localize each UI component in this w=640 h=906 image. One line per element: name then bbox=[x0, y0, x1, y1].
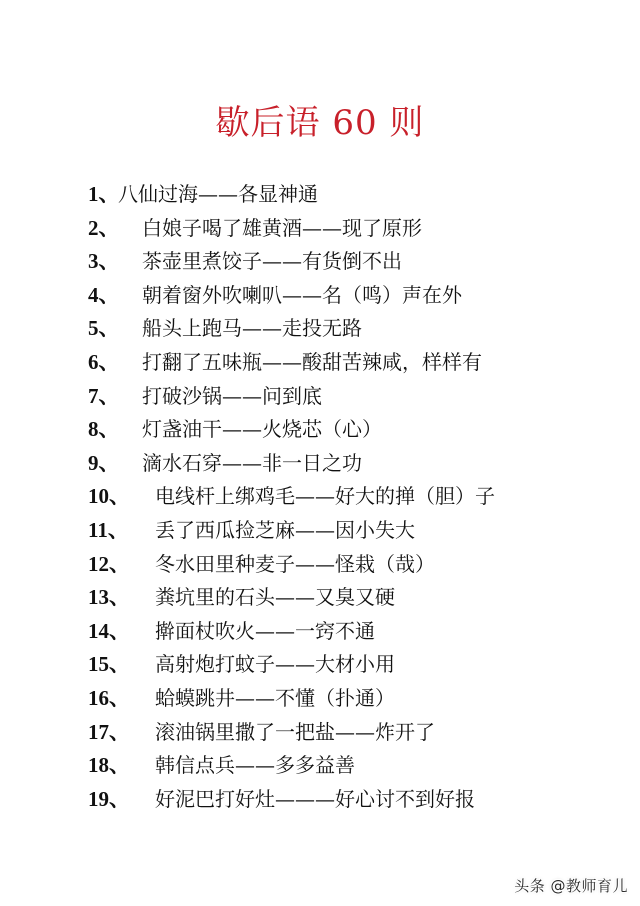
page-title: 歇后语 60 则 bbox=[0, 101, 640, 145]
xiehouyu-list: 1、 八仙过海——各显神通 2、 白娘子喝了雄黄酒——现了原形 3、 茶壶里煮饺… bbox=[0, 178, 640, 816]
item-text: 韩信点兵——多多益善 bbox=[155, 749, 355, 783]
item-text: 朝着窗外吹喇叭——名（鸣）声在外 bbox=[142, 279, 462, 313]
item-number: 15、 bbox=[88, 648, 130, 682]
item-number: 10、 bbox=[88, 480, 130, 514]
list-item: 9、 滴水石穿——非一日之功 bbox=[0, 447, 640, 481]
item-text: 灯盏油干——火烧芯（心） bbox=[142, 413, 382, 447]
item-text: 八仙过海——各显神通 bbox=[118, 178, 318, 212]
item-number: 16、 bbox=[88, 682, 130, 716]
item-number: 1、 bbox=[88, 178, 120, 212]
item-number: 7、 bbox=[88, 380, 120, 414]
item-text: 白娘子喝了雄黄酒——现了原形 bbox=[142, 212, 422, 246]
list-item: 12、 冬水田里种麦子——怪栽（哉） bbox=[0, 548, 640, 582]
item-text: 打翻了五味瓶——酸甜苦辣咸，样样有 bbox=[142, 346, 482, 380]
item-number: 8、 bbox=[88, 413, 120, 447]
item-number: 2、 bbox=[88, 212, 120, 246]
item-number: 11、 bbox=[88, 514, 129, 548]
item-text: 蛤蟆跳井——不懂（扑通） bbox=[155, 682, 395, 716]
item-number: 18、 bbox=[88, 749, 130, 783]
list-item: 5、 船头上跑马——走投无路 bbox=[0, 312, 640, 346]
list-item: 15、 高射炮打蚊子——大材小用 bbox=[0, 648, 640, 682]
item-text: 船头上跑马——走投无路 bbox=[142, 312, 362, 346]
list-item: 4、 朝着窗外吹喇叭——名（鸣）声在外 bbox=[0, 279, 640, 313]
list-item: 1、 八仙过海——各显神通 bbox=[0, 178, 640, 212]
item-number: 5、 bbox=[88, 312, 120, 346]
item-number: 19、 bbox=[88, 783, 130, 817]
item-number: 3、 bbox=[88, 245, 120, 279]
item-number: 6、 bbox=[88, 346, 120, 380]
item-text: 丢了西瓜捡芝麻——因小失大 bbox=[155, 514, 415, 548]
list-item: 17、 滚油锅里撒了一把盐——炸开了 bbox=[0, 716, 640, 750]
item-number: 13、 bbox=[88, 581, 130, 615]
item-text: 打破沙锅——问到底 bbox=[142, 380, 322, 414]
item-number: 4、 bbox=[88, 279, 120, 313]
list-item: 14、 擀面杖吹火——一窍不通 bbox=[0, 615, 640, 649]
item-text: 电线杆上绑鸡毛——好大的掸（胆）子 bbox=[155, 480, 495, 514]
list-item: 3、 茶壶里煮饺子——有货倒不出 bbox=[0, 245, 640, 279]
list-item: 13、 粪坑里的石头——又臭又硬 bbox=[0, 581, 640, 615]
item-number: 9、 bbox=[88, 447, 120, 481]
item-text: 茶壶里煮饺子——有货倒不出 bbox=[142, 245, 402, 279]
item-text: 冬水田里种麦子——怪栽（哉） bbox=[155, 548, 435, 582]
item-text: 好泥巴打好灶———好心讨不到好报 bbox=[155, 783, 475, 817]
item-number: 17、 bbox=[88, 716, 130, 750]
item-number: 12、 bbox=[88, 548, 130, 582]
list-item: 7、 打破沙锅——问到底 bbox=[0, 380, 640, 414]
list-item: 10、 电线杆上绑鸡毛——好大的掸（胆）子 bbox=[0, 480, 640, 514]
document-page: 歇后语 60 则 1、 八仙过海——各显神通 2、 白娘子喝了雄黄酒——现了原形… bbox=[0, 0, 640, 906]
item-text: 擀面杖吹火——一窍不通 bbox=[155, 615, 375, 649]
list-item: 2、 白娘子喝了雄黄酒——现了原形 bbox=[0, 212, 640, 246]
list-item: 6、 打翻了五味瓶——酸甜苦辣咸，样样有 bbox=[0, 346, 640, 380]
list-item: 18、 韩信点兵——多多益善 bbox=[0, 749, 640, 783]
item-number: 14、 bbox=[88, 615, 130, 649]
list-item: 19、 好泥巴打好灶———好心讨不到好报 bbox=[0, 783, 640, 817]
source-watermark: 头条 @教师育儿 bbox=[514, 875, 628, 896]
list-item: 11、 丢了西瓜捡芝麻——因小失大 bbox=[0, 514, 640, 548]
item-text: 滴水石穿——非一日之功 bbox=[142, 447, 362, 481]
list-item: 16、 蛤蟆跳井——不懂（扑通） bbox=[0, 682, 640, 716]
item-text: 高射炮打蚊子——大材小用 bbox=[155, 648, 395, 682]
item-text: 滚油锅里撒了一把盐——炸开了 bbox=[155, 716, 435, 750]
list-item: 8、 灯盏油干——火烧芯（心） bbox=[0, 413, 640, 447]
item-text: 粪坑里的石头——又臭又硬 bbox=[155, 581, 395, 615]
